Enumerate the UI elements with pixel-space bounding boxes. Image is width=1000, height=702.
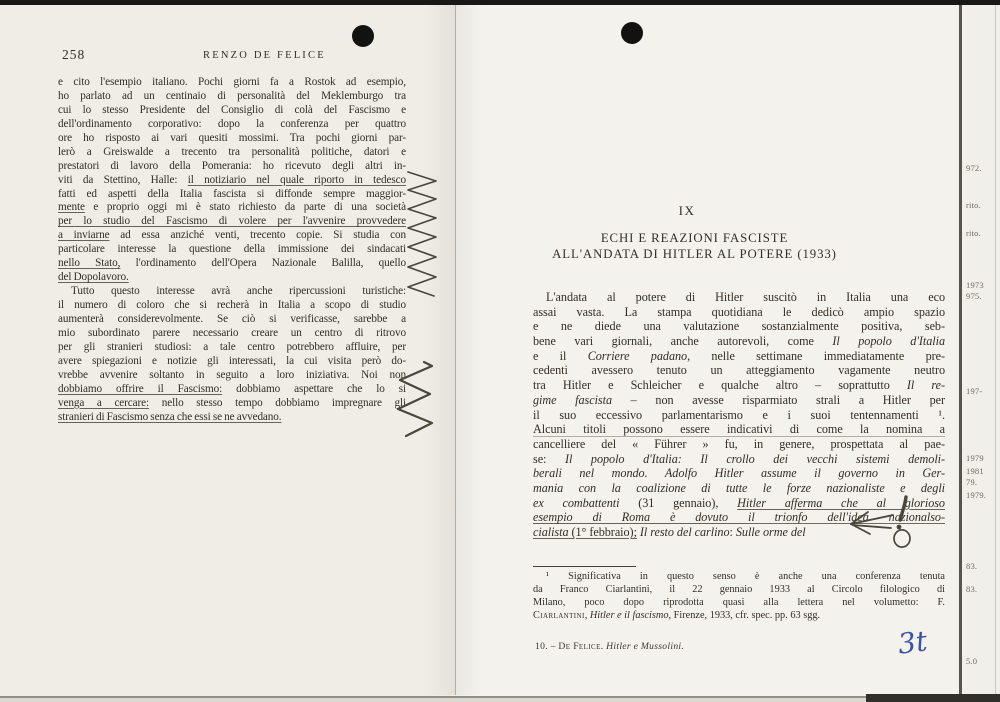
- edge-fragment: 975.: [966, 291, 982, 301]
- text-line: Milano, poco dopo riprodotta quasi alla …: [533, 597, 945, 610]
- text-line: lerò a Greiswalde a trecento tra persona…: [58, 146, 406, 160]
- text-line: Alcuni titoli possono essere indicativi …: [533, 422, 945, 437]
- text-line: dobbiamo offrire il Fascismo: dobbiamo a…: [58, 383, 406, 397]
- text-line: berali nel mondo. Adolfo Hitler assume i…: [533, 466, 945, 481]
- text-line: venga a cercare: nello stesso tempo dobb…: [58, 397, 406, 411]
- edge-fragment: 1979: [966, 453, 984, 463]
- text-segment: particolare interesse la questione della…: [58, 243, 406, 255]
- left-page-body: e cito l'esempio italiano. Pochi giorni …: [58, 76, 406, 424]
- paragraph: Tutto questo interesse avrà anche riperc…: [58, 285, 406, 424]
- text-segment: esempio di Roma è dovuto: [533, 510, 748, 524]
- text-segment: e cito l'esempio italiano. Pochi giorni …: [58, 76, 406, 88]
- footnote-paragraph: ¹ Significativa in questo senso è anche …: [533, 571, 945, 623]
- text-line: Ciarlantini, Hitler e il fascismo, Firen…: [533, 610, 945, 623]
- text-line: cedenti avessero tenuto un atteggiamento…: [533, 363, 945, 378]
- text-line: tra Hitler e Schleicher e qualche altro …: [533, 378, 945, 393]
- text-segment: dobbiamo aspettare che lo si: [222, 383, 406, 395]
- edge-fragment: 83.: [966, 561, 977, 571]
- text-line: gime fascista – non avesse risparmiato s…: [533, 393, 945, 408]
- text-line: per gli stranieri studiosi: a tale centr…: [58, 341, 406, 355]
- edge-strip: 972.rito.rito.1973975.197-1979198179.197…: [962, 0, 1000, 702]
- margin-exclamation-mark: [891, 493, 919, 551]
- binding-dot-right: [621, 22, 643, 44]
- text-segment: ore ho risposto ai vari quesiti mossimi.…: [58, 132, 406, 144]
- text-segment: Il re-: [907, 378, 945, 392]
- text-segment: per gli stranieri studiosi: a tale centr…: [58, 341, 406, 353]
- scan-top-bar: [0, 0, 1000, 5]
- text-segment: L'andata al potere di Hitler suscitò in …: [546, 290, 945, 304]
- text-line: dell'ordinamento corporativo: dopo la co…: [58, 118, 406, 132]
- margin-circle-mark: [894, 530, 910, 547]
- text-segment: Hitler e il fascismo: [590, 610, 669, 621]
- text-segment: fatti ed aspetti della Italia fascista s…: [58, 188, 406, 200]
- text-segment: Il popolo d'Italia: [832, 334, 945, 348]
- footnote-rule: [533, 566, 636, 567]
- text-line: bene vari giornali, anche autorevoli, co…: [533, 334, 945, 349]
- text-line: ho parlato ad un centinaio di personalit…: [58, 90, 406, 104]
- text-segment: venga a cercare:: [58, 397, 149, 409]
- text-segment: ad essa anziché venti, trecento copie. S…: [110, 229, 406, 241]
- text-line: ¹ Significativa in questo senso è anche …: [533, 571, 945, 584]
- text-segment: del Dopolavoro.: [58, 271, 129, 283]
- text-line: del Dopolavoro.: [58, 271, 406, 285]
- gutter-line: [455, 5, 456, 695]
- edge-fragment: 197-: [966, 386, 982, 396]
- chapter-title-line: ALL'ANDATA DI HITLER AL POTERE (1933): [537, 246, 852, 262]
- text-line: se: Il popolo d'Italia: Il crollo dei ve…: [533, 452, 945, 467]
- text-segment: lerò a Greiswalde a trecento tra persona…: [58, 146, 406, 158]
- text-segment: per lo studio del Fascismo di volere per…: [58, 215, 406, 227]
- text-segment: e il: [533, 349, 588, 363]
- text-segment: (31 gennaio),: [619, 496, 737, 510]
- text-segment: Il resto del carlino: [640, 525, 730, 539]
- edge-fragment: rito.: [966, 200, 981, 210]
- text-segment: De Felice: [558, 641, 600, 652]
- text-segment: mania con la coalizione di tutte le forz…: [533, 481, 945, 495]
- text-segment: nello Stato,: [58, 257, 120, 269]
- text-line: avere spiegazioni e notizie gli interess…: [58, 355, 406, 369]
- text-segment: ¹ Significativa in questo senso è anche …: [546, 571, 945, 582]
- text-segment: l'ordinamento dell'Opera Nazionale Balil…: [120, 257, 406, 269]
- edge-fragment: 1981: [966, 466, 984, 476]
- text-segment: Sulle orme del: [736, 525, 806, 539]
- binding-dot-left: [352, 25, 374, 47]
- paragraph: e cito l'esempio italiano. Pochi giorni …: [58, 76, 406, 285]
- text-line: prestatori di lavoro della Pomerania: ho…: [58, 160, 406, 174]
- edge-fragment: 83.: [966, 584, 977, 594]
- text-segment: Il popolo d'Italia: Il crollo dei vecchi…: [565, 452, 945, 466]
- text-segment: 10. –: [535, 641, 558, 652]
- text-line: e ne diede una valutazione sostanzialmen…: [533, 319, 945, 334]
- text-segment: prestatori di lavoro della Pomerania: ho…: [58, 160, 406, 172]
- edge-fragment: 5.0: [966, 656, 977, 666]
- chapter-title-line: ECHI E REAZIONI FASCISTE: [537, 230, 852, 246]
- text-segment: Tutto questo interesse avrà anche riperc…: [71, 285, 406, 297]
- text-line: il suo eccessivo parlamentarismo e i suo…: [533, 408, 945, 423]
- text-segment: tra Hitler e Schleicher e qualche altro …: [533, 378, 907, 392]
- text-segment: Ciarlantini: [533, 610, 585, 621]
- edge-fragment: 1979.: [966, 490, 986, 500]
- text-segment: assai vasta. La stampa quotidiana le ded…: [533, 305, 945, 319]
- text-line: per lo studio del Fascismo di volere per…: [58, 215, 406, 229]
- text-segment: Corriere padano: [588, 349, 687, 363]
- margin-zigzag-mark-2: [396, 360, 440, 442]
- text-segment: dell'ordinamento corporativo: dopo la co…: [58, 118, 406, 130]
- text-segment: dobbiamo offrire il Fascismo:: [58, 383, 222, 395]
- margin-zigzag-mark-1: [404, 169, 444, 301]
- text-segment: cui lo stesso Presidente del Consiglio d…: [58, 104, 406, 116]
- text-segment: a inviarne: [58, 229, 110, 241]
- text-segment: mente: [58, 201, 85, 213]
- text-line: cancelliere del « Führer » fu, in genere…: [533, 437, 945, 452]
- page-number: 258: [62, 47, 85, 63]
- text-segment: Alcuni titoli possono essere indicativi …: [533, 422, 945, 436]
- text-line: aumenterà considerevolmente. Se ciò si v…: [58, 313, 406, 327]
- edge-fragment: 972.: [966, 163, 982, 173]
- margin-arrow-mark: [843, 506, 897, 538]
- right-page-body: L'andata al potere di Hitler suscitò in …: [533, 290, 945, 540]
- text-segment: ho parlato ad un centinaio di personalit…: [58, 90, 406, 102]
- chapter-number: IX: [537, 203, 837, 219]
- text-segment: Milano, poco dopo riprodotta quasi alla …: [533, 597, 945, 608]
- text-segment: stranieri di Fascismo senza che essi se …: [58, 411, 282, 423]
- running-header: RENZO DE FELICE: [203, 50, 326, 61]
- text-segment: il notiziario nel quale riporto in tedes…: [188, 174, 406, 186]
- text-line: particolare interesse la questione della…: [58, 243, 406, 257]
- text-line: cui lo stesso Presidente del Consiglio d…: [58, 104, 406, 118]
- text-segment: e proprio oggi mi è stato richiesto da p…: [85, 201, 406, 213]
- text-segment: il numero di coloro che si recherà in It…: [58, 299, 406, 311]
- text-line: vrebbe avvenire soltanto in seguito a lo…: [58, 369, 406, 383]
- book-scan: { "colors": { "paper_left": "#efede6", "…: [0, 0, 1000, 702]
- text-line: a inviarne ad essa anziché venti, trecen…: [58, 229, 406, 243]
- text-segment: , Firenze, 1933, cfr. spec. pp. 63 sgg.: [669, 610, 821, 621]
- text-segment: (1° febbraio);: [568, 525, 636, 539]
- text-segment: , nelle settimane immediatamente pre-: [687, 349, 945, 363]
- text-segment: bene vari giornali, anche autorevoli, co…: [533, 334, 832, 348]
- gutter-shadow-left: [425, 5, 455, 695]
- text-segment: viti da Stettino, Halle:: [58, 174, 188, 186]
- text-line: mio subordinato parere necessario creare…: [58, 327, 406, 341]
- text-line: stranieri di Fascismo senza che essi se …: [58, 411, 406, 425]
- text-segment: ex combattenti: [533, 496, 619, 510]
- text-segment: cialista: [533, 525, 568, 539]
- book-signature: 10. – De Felice. Hitler e Mussolini.: [535, 641, 684, 652]
- text-line: mania con la coalizione di tutte le forz…: [533, 481, 945, 496]
- text-line: mente e proprio oggi mi è stato richiest…: [58, 201, 406, 215]
- text-segment: gime fascista: [533, 393, 612, 407]
- text-segment: da Franco Ciarlantini, il 22 gennaio 193…: [533, 584, 945, 595]
- text-line: assai vasta. La stampa quotidiana le ded…: [533, 305, 945, 320]
- text-line: L'andata al potere di Hitler suscitò in …: [533, 290, 945, 305]
- text-segment: se:: [533, 452, 565, 466]
- text-segment: berali nel mondo. Adolfo Hitler assume i…: [533, 466, 945, 480]
- footnote: ¹ Significativa in questo senso è anche …: [533, 571, 945, 623]
- edge-fragment: 79.: [966, 477, 977, 487]
- text-segment: – non avesse risparmiato strali a Hitler…: [612, 393, 945, 407]
- text-line: ore ho risposto ai vari quesiti mossimi.…: [58, 132, 406, 146]
- gutter-shadow-right: [456, 5, 482, 695]
- chapter-title: ECHI E REAZIONI FASCISTE ALL'ANDATA DI H…: [537, 230, 852, 262]
- paragraph: L'andata al potere di Hitler suscitò in …: [533, 290, 945, 540]
- text-line: nello Stato, l'ordinamento dell'Opera Na…: [58, 257, 406, 271]
- text-segment: nello stesso tempo dobbiamo impregnare g…: [149, 397, 406, 409]
- text-line: Tutto questo interesse avrà anche riperc…: [58, 285, 406, 299]
- text-segment: cancelliere del « Führer » fu, in genere…: [533, 437, 945, 451]
- scan-bottom-strip: [0, 698, 1000, 702]
- text-line: viti da Stettino, Halle: il notiziario n…: [58, 174, 406, 188]
- handwritten-blue-note: 3t: [896, 624, 929, 660]
- edge-fragment: 1973: [966, 280, 984, 290]
- text-segment: mio subordinato parere necessario creare…: [58, 327, 406, 339]
- text-line: il numero di coloro che si recherà in It…: [58, 299, 406, 313]
- text-segment: e ne diede una valutazione sostanzialmen…: [533, 319, 945, 333]
- text-line: da Franco Ciarlantini, il 22 gennaio 193…: [533, 584, 945, 597]
- text-segment: cedenti avessero tenuto un atteggiamento…: [533, 363, 945, 377]
- text-line: e il Corriere padano, nelle settimane im…: [533, 349, 945, 364]
- text-segment: avere spiegazioni e notizie gli interess…: [58, 355, 406, 367]
- text-segment: il suo eccessivo parlamentarismo e i suo…: [533, 408, 945, 422]
- text-line: e cito l'esempio italiano. Pochi giorni …: [58, 76, 406, 90]
- text-line: fatti ed aspetti della Italia fascista s…: [58, 188, 406, 202]
- edge-fragment: rito.: [966, 228, 981, 238]
- text-segment: aumenterà considerevolmente. Se ciò si v…: [58, 313, 406, 325]
- text-segment: vrebbe avvenire soltanto in seguito a lo…: [58, 369, 406, 381]
- text-segment: Hitler e Mussolini.: [606, 641, 684, 652]
